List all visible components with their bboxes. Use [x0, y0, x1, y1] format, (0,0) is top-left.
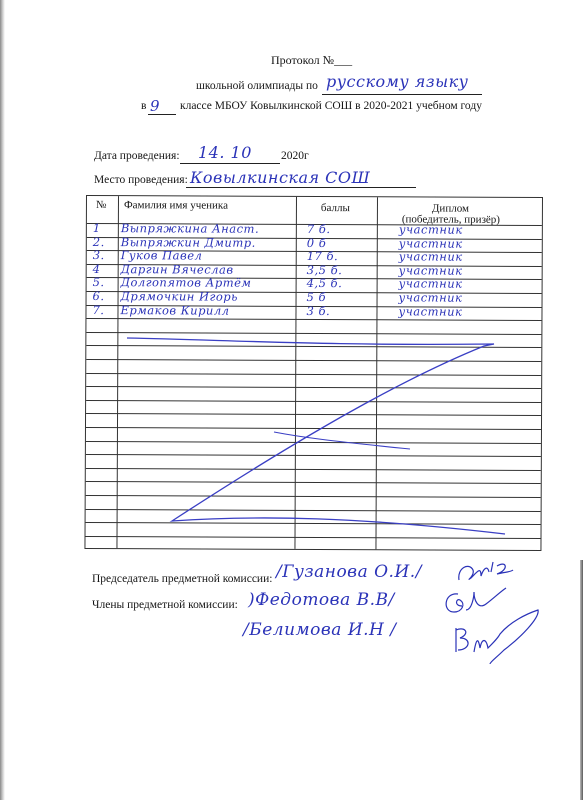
- place-label: Место проведения:: [94, 174, 188, 186]
- row-score: 7 б.: [307, 222, 331, 236]
- empty-table-row: [85, 536, 540, 552]
- row-diploma: участник: [399, 277, 463, 291]
- olympiad-label: школьной олимпиады по: [196, 80, 318, 92]
- member2-signature: [450, 608, 550, 668]
- row-number: 4: [93, 262, 101, 276]
- header-name: Фамилия имя ученика: [124, 199, 228, 211]
- row-student-name: Выпряжкина Анаст.: [121, 221, 259, 236]
- row-diploma: участник: [398, 304, 462, 318]
- date-label: Дата проведения:: [94, 150, 180, 162]
- subject-handwritten: русскому языку: [326, 72, 468, 91]
- row-number: 1: [93, 221, 101, 235]
- row-score: 3 б.: [306, 304, 330, 318]
- header-number: №: [96, 199, 107, 211]
- row-score: 5 б: [307, 290, 327, 304]
- row-number: 3.: [93, 248, 105, 262]
- row-number: 6.: [93, 289, 105, 303]
- class-prefix: в: [141, 100, 146, 112]
- date-suffix: 2020г: [281, 150, 309, 162]
- date-underline: [180, 163, 280, 164]
- row-number: 7.: [92, 303, 104, 317]
- class-handwritten: 9: [150, 97, 160, 115]
- row-diploma: участник: [399, 263, 463, 277]
- row-score: 17 б.: [307, 249, 339, 263]
- row-student-name: Долгопятов Артём: [121, 276, 252, 291]
- row-diploma: участник: [399, 222, 463, 236]
- member1-handwritten: )Федотова В.В/: [248, 590, 395, 610]
- row-student-name: Дрямочкин Игорь: [121, 289, 238, 304]
- row-diploma: участник: [399, 290, 463, 304]
- row-score: 3,5 б.: [307, 263, 343, 277]
- place-handwritten: Ковылкинская СОШ: [190, 168, 370, 187]
- subject-underline: [322, 94, 482, 95]
- row-number: 5.: [93, 275, 105, 289]
- protocol-title: Протокол №___: [271, 53, 352, 68]
- row-number: 2.: [93, 235, 105, 249]
- row-student-name: Ермаков Кирилл: [120, 303, 229, 317]
- members-label: Члены предметной комиссии:: [92, 599, 238, 611]
- row-score: 4,5 б.: [307, 276, 343, 290]
- chair-signature: [455, 558, 515, 588]
- results-table: № Фамилия имя ученика баллы Диплом (побе…: [84, 195, 543, 551]
- row-student-name: Выпряжкин Дмитр.: [121, 235, 256, 250]
- chair-handwritten: /Гузанова О.И./: [276, 562, 422, 582]
- header-score: баллы: [321, 202, 350, 214]
- date-handwritten: 14. 10: [198, 143, 252, 162]
- chair-label: Председатель предметной комиссии:: [92, 573, 272, 585]
- row-student-name: Даргин Вячеслав: [121, 262, 234, 276]
- place-underline: [186, 187, 416, 188]
- table-body: 1Выпряжкина Анаст.7 б.участник2.Выпряжки…: [87, 196, 542, 198]
- member2-handwritten: /Белимова И.Н /: [243, 620, 397, 640]
- row-diploma: участник: [399, 236, 463, 250]
- row-diploma: участник: [399, 250, 463, 264]
- class-suffix: классе МБОУ Ковылкинской СОШ в 2020-2021…: [180, 100, 482, 112]
- scan-edge-left: [0, 0, 5, 800]
- row-student-name: Гуков Павел: [121, 248, 203, 262]
- row-score: 0 б: [307, 236, 327, 250]
